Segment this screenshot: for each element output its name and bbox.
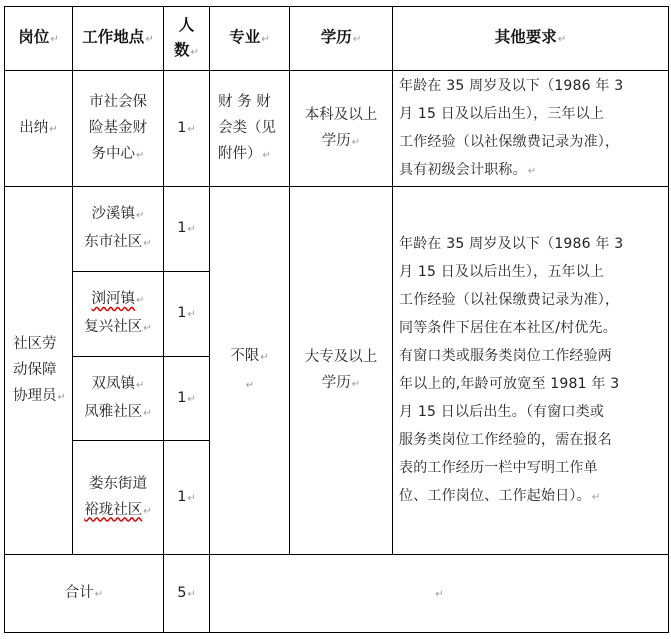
cell-major: 不限↵↵ [210, 187, 290, 555]
cell-requirements: 年龄在 35 周岁及以下（1986 年 3月 15 日及以后出生），五年以上工作… [393, 187, 669, 555]
header-major: 专业↵ [210, 7, 290, 71]
recruitment-table: 岗位↵ 工作地点↵ 人数↵ 专业↵ 学历↵ 其他要求↵ 出纳↵ 市社会保险基金财… [4, 6, 669, 633]
header-requirements: 其他要求↵ [393, 7, 669, 71]
cell-location: 沙溪镇↵东市社区↵ [73, 187, 164, 272]
header-location: 工作地点↵ [73, 7, 164, 71]
header-count: 人数↵ [164, 7, 210, 71]
table-row: 出纳↵ 市社会保险基金财务中心↵ 1↵ 财 务 财会类（见附件）↵ 本科及以上学… [5, 71, 669, 187]
header-education: 学历↵ [290, 7, 393, 71]
table-row: 社区劳动保障协理员↵ 沙溪镇↵东市社区↵ 1↵ 不限↵↵ 大专及以上学历↵ 年龄… [5, 187, 669, 272]
header-row: 岗位↵ 工作地点↵ 人数↵ 专业↵ 学历↵ 其他要求↵ [5, 7, 669, 71]
cell-position: 出纳↵ [5, 71, 73, 187]
cell-location: 市社会保险基金财务中心↵ [73, 71, 164, 187]
cell-location: 双凤镇↵凤雅社区↵ [73, 357, 164, 441]
total-count: 5↵ [164, 555, 210, 633]
cell-count: 1↵ [164, 357, 210, 441]
cell-requirements: 年龄在 35 周岁及以下（1986 年 3月 15 日及以后出生），三年以上工作… [393, 71, 669, 187]
cell-education: 本科及以上学历↵ [290, 71, 393, 187]
cell-count: 1↵ [164, 71, 210, 187]
total-label: 合计↵ [5, 555, 164, 633]
cell-count: 1↵ [164, 187, 210, 272]
cell-location: 浏河镇↵复兴社区↵ [73, 272, 164, 357]
cell-major: 财 务 财会类（见附件）↵ [210, 71, 290, 187]
total-row: 合计↵ 5↵ ↵ [5, 555, 669, 633]
cell-education: 大专及以上学历↵ [290, 187, 393, 555]
cell-count: 1↵ [164, 272, 210, 357]
cell-location: 娄东街道裕珑社区↵ [73, 441, 164, 555]
cell-position: 社区劳动保障协理员↵ [5, 187, 73, 555]
cell-count: 1↵ [164, 441, 210, 555]
total-empty-cell: ↵ [210, 555, 669, 633]
header-position: 岗位↵ [5, 7, 73, 71]
